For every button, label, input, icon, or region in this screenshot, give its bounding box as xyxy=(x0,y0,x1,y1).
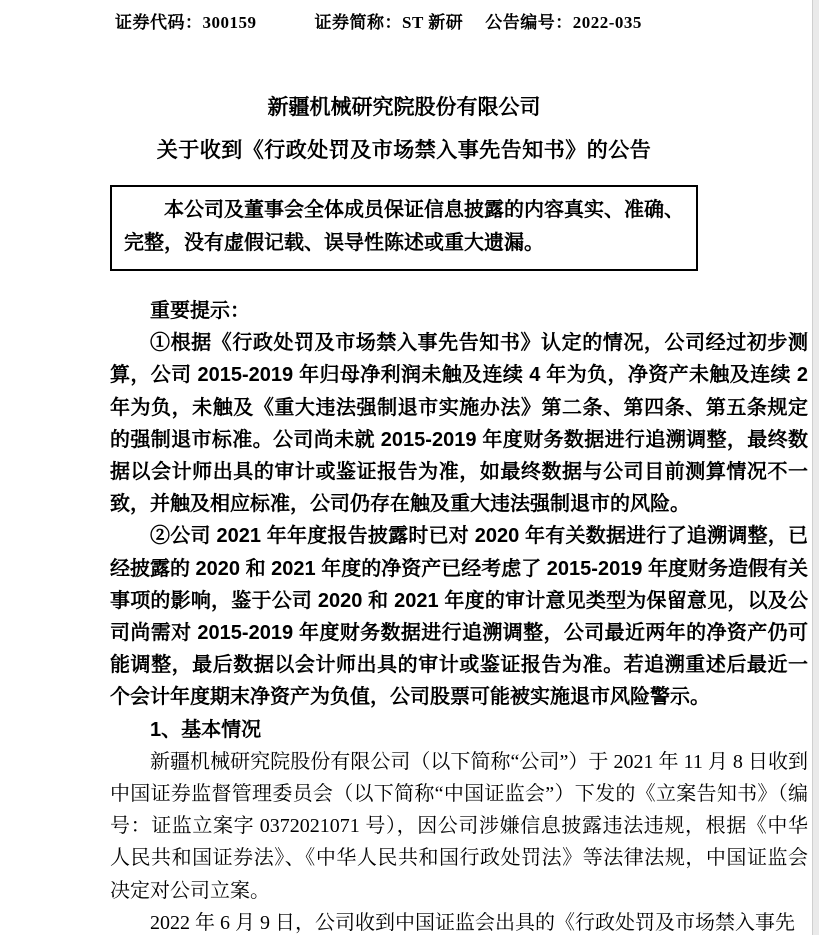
section-heading-basic-info: 1、基本情况 xyxy=(110,714,808,746)
announcement-title: 关于收到《行政处罚及市场禁入事先告知书》的公告 xyxy=(110,134,698,164)
document-page: 证券代码：300159证券简称：ST 新研公告编号：2022-035 新疆机械研… xyxy=(0,0,819,935)
document-body: 重要提示： ①根据《行政处罚及市场禁入事先告知书》认定的情况，公司经过初步测算，… xyxy=(110,295,808,935)
important-item-2: ②公司 2021 年年度报告披露时已对 2020 年有关数据进行了追溯调整，已经… xyxy=(110,520,808,713)
stock-abbreviation: 证券简称：ST 新研 xyxy=(315,13,464,32)
paragraph-prior-notice-partial: 2022 年 6 月 9 日，公司收到中国证监会出具的《行政处罚及市场禁入事先 xyxy=(110,907,808,935)
important-item-1: ①根据《行政处罚及市场禁入事先告知书》认定的情况，公司经过初步测算，公司 201… xyxy=(110,327,808,520)
document-header: 证券代码：300159证券简称：ST 新研公告编号：2022-035 xyxy=(115,8,642,33)
declaration-box: 本公司及董事会全体成员保证信息披露的内容真实、准确、完整，没有虚假记载、误导性陈… xyxy=(110,185,698,271)
company-title: 新疆机械研究院股份有限公司 xyxy=(110,91,698,121)
paragraph-case-filing: 新疆机械研究院股份有限公司（以下简称“公司”）于 2021 年 11 月 8 日… xyxy=(110,746,808,907)
declaration-text: 本公司及董事会全体成员保证信息披露的内容真实、准确、完整，没有虚假记载、误导性陈… xyxy=(124,199,684,254)
scrollbar-track[interactable] xyxy=(812,0,819,935)
announcement-number: 公告编号：2022-035 xyxy=(485,13,642,32)
stock-code: 证券代码：300159 xyxy=(115,13,257,32)
important-notice-label: 重要提示： xyxy=(110,295,808,327)
